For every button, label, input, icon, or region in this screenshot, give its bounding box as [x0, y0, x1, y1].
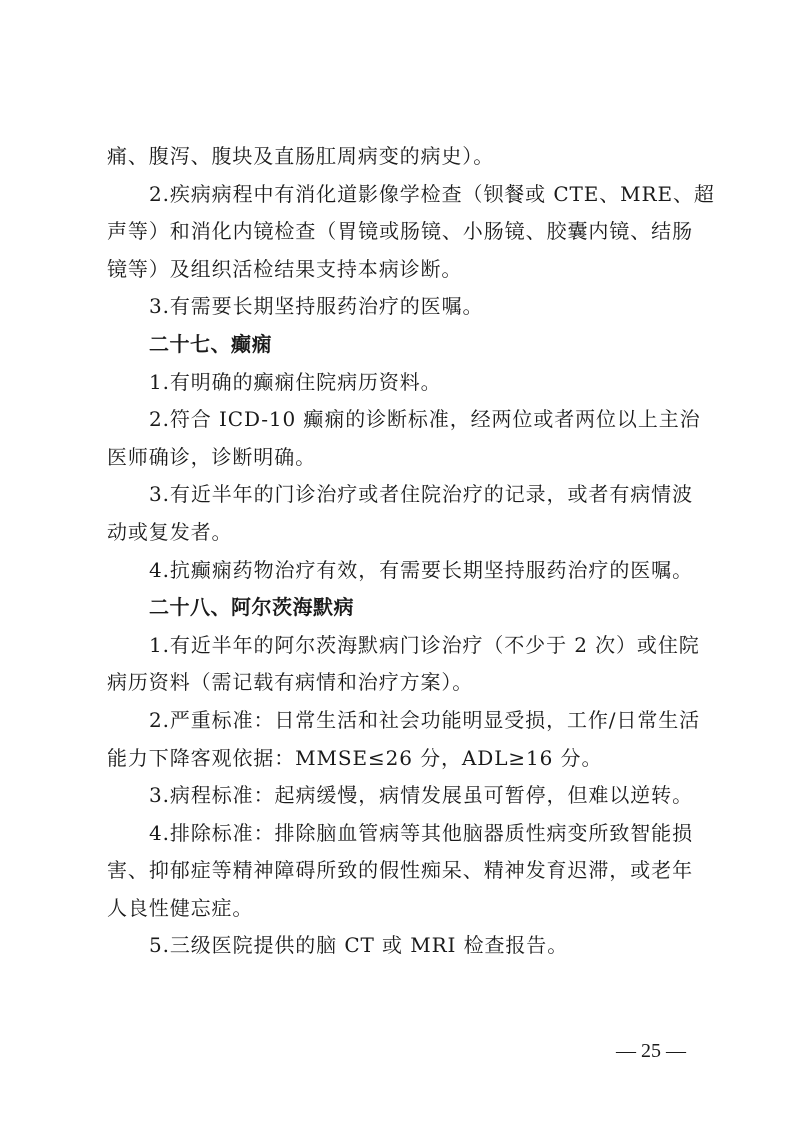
text-line: 能力下降客观依据：MMSE≤26 分，ADL≥16 分。	[107, 740, 693, 778]
page-number: — 25 —	[616, 1040, 686, 1063]
text-line: 人良性健忘症。	[107, 890, 693, 928]
text-line: 2.符合 ICD-10 癫痫的诊断标准，经两位或者两位以上主治	[107, 401, 693, 439]
text-line: 镜等）及组织活检结果支持本病诊断。	[107, 251, 693, 289]
section-heading-alzheimers: 二十八、阿尔茨海默病	[107, 589, 693, 627]
text-line: 声等）和消化内镜检查（胃镜或肠镜、小肠镜、胶囊内镜、结肠	[107, 213, 693, 251]
text-line: 痛、腹泻、腹块及直肠肛周病变的病史）。	[107, 138, 693, 176]
text-line: 1.有近半年的阿尔茨海默病门诊治疗（不少于 2 次）或住院	[107, 627, 693, 665]
text-line: 5.三级医院提供的脑 CT 或 MRI 检查报告。	[107, 927, 693, 965]
text-line: 2.严重标准：日常生活和社会功能明显受损，工作/日常生活	[107, 702, 693, 740]
text-line: 动或复发者。	[107, 514, 693, 552]
text-line: 害、抑郁症等精神障碍所致的假性痴呆、精神发育迟滞，或老年	[107, 852, 693, 890]
text-line: 3.病程标准：起病缓慢，病情发展虽可暂停，但难以逆转。	[107, 777, 693, 815]
text-line: 1.有明确的癫痫住院病历资料。	[107, 364, 693, 402]
document-body: 痛、腹泻、腹块及直肠肛周病变的病史）。 2.疾病病程中有消化道影像学检查（钡餐或…	[107, 138, 693, 965]
text-line: 3.有近半年的门诊治疗或者住院治疗的记录，或者有病情波	[107, 476, 693, 514]
section-heading-epilepsy: 二十七、癫痫	[107, 326, 693, 364]
text-line: 3.有需要长期坚持服药治疗的医嘱。	[107, 288, 693, 326]
text-line: 2.疾病病程中有消化道影像学检查（钡餐或 CTE、MRE、超	[107, 176, 693, 214]
text-line: 病历资料（需记载有病情和治疗方案）。	[107, 664, 693, 702]
text-line: 4.排除标准：排除脑血管病等其他脑器质性病变所致智能损	[107, 815, 693, 853]
text-line: 4.抗癫痫药物治疗有效，有需要长期坚持服药治疗的医嘱。	[107, 552, 693, 590]
text-line: 医师确诊，诊断明确。	[107, 439, 693, 477]
